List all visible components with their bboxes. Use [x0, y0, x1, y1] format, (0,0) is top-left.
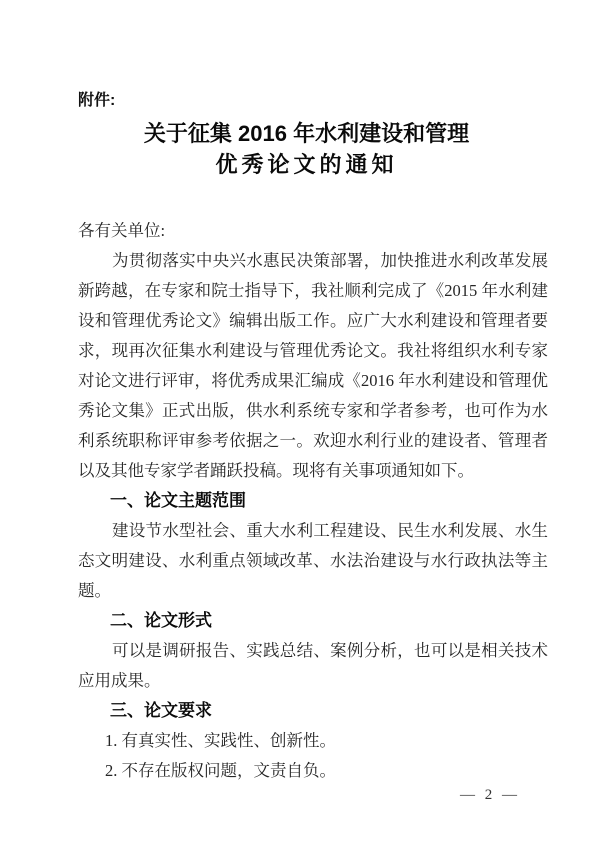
paragraph-line: 为贯彻落实中央兴水惠民决策部署，加快推进水利改革发展: [78, 246, 548, 276]
section-heading: 二、论文形式: [78, 606, 548, 636]
paragraph-line: 题。: [78, 576, 548, 606]
paragraph-line: 应用成果。: [78, 666, 548, 696]
list-item: 1. 有真实性、实践性、创新性。: [78, 726, 548, 756]
paragraph-line: 可以是调研报告、实践总结、案例分析，也可以是相关技术: [78, 636, 548, 666]
section-heading: 一、论文主题范围: [78, 486, 548, 516]
paragraph-line: 态文明建设、水利重点领域改革、水法治建设与水行政执法等主: [78, 546, 548, 576]
attachment-label: 附件:: [78, 91, 548, 111]
paragraph-line: 对论文进行评审，将优秀成果汇编成《2016 年水利建设和管理优: [78, 366, 548, 396]
page-number: — 2 —: [460, 787, 520, 804]
paragraph-line: 新跨越，在专家和院士指导下，我社顺利完成了《2015 年水利建: [78, 276, 548, 306]
section-heading: 三、论文要求: [78, 696, 548, 726]
notice-title-line-2: 优秀论文的通知: [65, 149, 548, 180]
notice-title-line-1: 关于征集 2016 年水利建设和管理: [65, 118, 548, 149]
paragraph-line: 利系统职称评审参考依据之一。欢迎水利行业的建设者、管理者: [78, 426, 548, 456]
paragraph-line: 建设节水型社会、重大水利工程建设、民生水利发展、水生: [78, 516, 548, 546]
document-content: 附件: 关于征集 2016 年水利建设和管理 优秀论文的通知 各有关单位:为贯彻…: [78, 91, 548, 786]
paragraph-line: 以及其他专家学者踊跃投稿。现将有关事项通知如下。: [78, 456, 548, 486]
document-body: 各有关单位:为贯彻落实中央兴水惠民决策部署，加快推进水利改革发展新跨越，在专家和…: [78, 216, 548, 786]
salutation: 各有关单位:: [78, 216, 548, 246]
paragraph-line: 秀论文集》正式出版，供水利系统专家和学者参考，也可作为水: [78, 396, 548, 426]
paragraph-line: 求，现再次征集水利建设与管理优秀论文。我社将组织水利专家: [78, 336, 548, 366]
document-page: 附件: 关于征集 2016 年水利建设和管理 优秀论文的通知 各有关单位:为贯彻…: [0, 0, 600, 848]
paragraph-line: 设和管理优秀论文》编辑出版工作。应广大水利建设和管理者要: [78, 306, 548, 336]
list-item: 2. 不存在版权问题，文责自负。: [78, 756, 548, 786]
notice-title: 关于征集 2016 年水利建设和管理 优秀论文的通知: [65, 118, 548, 180]
